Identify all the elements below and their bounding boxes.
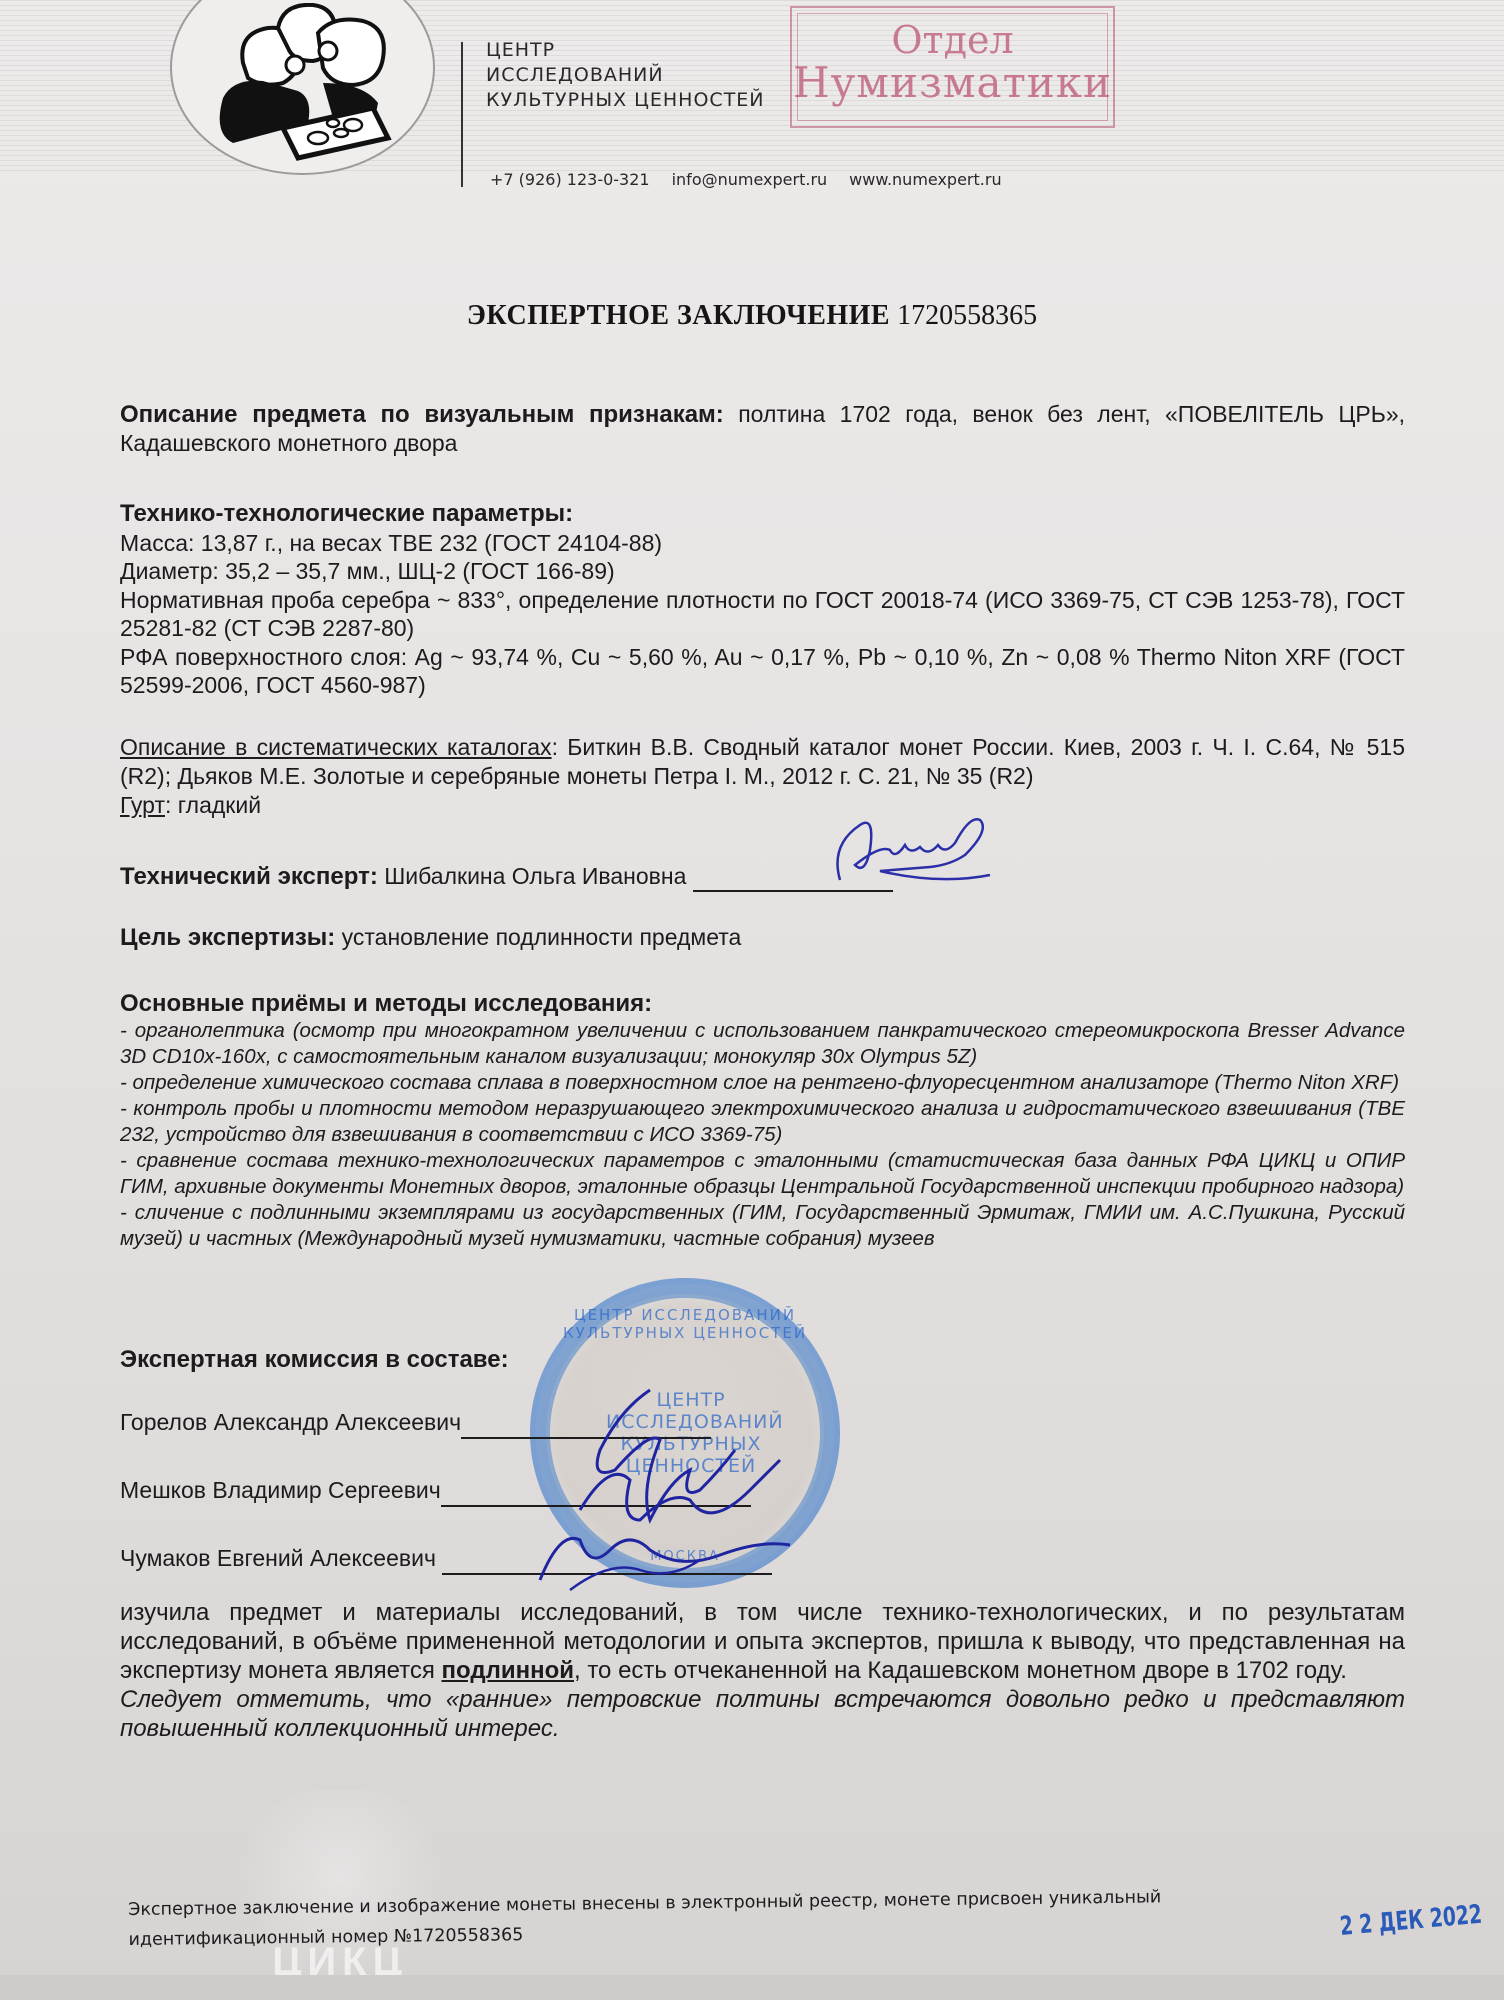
- conclusion-text-end: , то есть отчеканенной на Кадашевском мо…: [574, 1657, 1347, 1684]
- edge-value: : гладкий: [165, 792, 261, 818]
- commission-heading: Экспертная комиссия в составе:: [120, 1345, 1405, 1375]
- technical-heading: Технико-технологические параметры:: [120, 500, 1405, 529]
- method-item: - сравнение состава технико-технологичес…: [120, 1148, 1405, 1200]
- bottom-edge: [0, 1975, 1504, 2000]
- dept-stamp-line1: Отдел: [792, 20, 1113, 60]
- goal-text: установление подлинности предмета: [342, 924, 742, 950]
- commission-section: Экспертная комиссия в составе: Горелов А…: [120, 1345, 1405, 1575]
- phone: +7 (926) 123-0-321: [490, 170, 650, 189]
- expert-name: Шибалкина Ольга Ивановна: [384, 863, 686, 889]
- dept-stamp-line2: Нумизматики: [792, 60, 1113, 106]
- stamp-ring-text: ЦЕНТР ИССЛЕДОВАНИЙ КУЛЬТУРНЫХ ЦЕННОСТЕЙ: [536, 1306, 834, 1342]
- goal-label: Цель экспертизы:: [120, 924, 335, 951]
- conclusion-note: Следует отметить, что «ранние» петровски…: [120, 1685, 1405, 1743]
- xrf-line: РФА поверхностного слоя: Ag ~ 93,74 %, C…: [120, 643, 1405, 700]
- member-name: Горелов Александр Алексеевич: [120, 1409, 461, 1435]
- org-name-line: КУЛЬТУРНЫХ ЦЕННОСТЕЙ: [486, 88, 765, 113]
- logo: [170, 0, 435, 175]
- diameter-line: Диаметр: 35,2 – 35,7 мм., ШЦ-2 (ГОСТ 166…: [120, 557, 1405, 586]
- goal-section: Цель экспертизы: установление подлинност…: [120, 923, 1405, 952]
- document-page: ЦЕНТР ИССЛЕДОВАНИЙ КУЛЬТУРНЫХ ЦЕННОСТЕЙ …: [0, 0, 1504, 2000]
- certificate-number: 1720558365: [897, 300, 1037, 331]
- org-name-line: ЦЕНТР: [486, 38, 765, 63]
- catalogs-section: Описание в систематических каталогах: Би…: [120, 733, 1405, 820]
- methods-section: Основные приёмы и методы исследования: -…: [120, 990, 1405, 1252]
- technical-section: Технико-технологические параметры: Масса…: [120, 500, 1405, 700]
- expert-section: Технический эксперт: Шибалкина Ольга Ива…: [120, 862, 1405, 892]
- page-title: ЭКСПЕРТНОЕ ЗАКЛЮЧЕНИЕ 1720558365: [0, 300, 1504, 332]
- expert-signature-line: [693, 862, 893, 892]
- verdict-authentic: подлинной: [442, 1657, 574, 1684]
- method-item: - определение химического состава сплава…: [120, 1070, 1405, 1096]
- email-link[interactable]: info@numexpert.ru: [672, 170, 828, 189]
- commission-member: Чумаков Евгений Алексеевич: [120, 1543, 1405, 1575]
- header-divider: [461, 42, 463, 187]
- catalogs-label: Описание в систематических каталогах: [120, 734, 552, 760]
- commission-member: Мешков Владимир Сергеевич: [120, 1475, 1405, 1507]
- member-signature-line: [442, 1543, 772, 1575]
- member-name: Чумаков Евгений Алексеевич: [120, 1545, 436, 1571]
- method-item: - сличение с подлинными экземплярами из …: [120, 1200, 1405, 1252]
- member-signature-line: [441, 1475, 751, 1507]
- member-name: Мешков Владимир Сергеевич: [120, 1477, 441, 1503]
- contacts: +7 (926) 123-0-321 info@numexpert.ru www…: [490, 170, 1002, 189]
- numismatists-logo-icon: [203, 3, 403, 163]
- department-stamp: Отдел Нумизматики: [790, 6, 1115, 128]
- organization-name: ЦЕНТР ИССЛЕДОВАНИЙ КУЛЬТУРНЫХ ЦЕННОСТЕЙ: [486, 38, 765, 113]
- title-label: ЭКСПЕРТНОЕ ЗАКЛЮЧЕНИЕ: [467, 300, 890, 331]
- method-item: - контроль пробы и плотности методом нер…: [120, 1096, 1405, 1148]
- method-item: - органолептика (осмотр при многократном…: [120, 1018, 1405, 1070]
- edge-label: Гурт: [120, 792, 165, 818]
- expert-label: Технический эксперт:: [120, 863, 378, 890]
- commission-member: Горелов Александр Алексеевич: [120, 1407, 1405, 1439]
- website-link[interactable]: www.numexpert.ru: [849, 170, 1001, 189]
- member-signature-line: [461, 1407, 711, 1439]
- methods-heading: Основные приёмы и методы исследования:: [120, 990, 1405, 1018]
- mass-line: Масса: 13,87 г., на весах ТВЕ 232 (ГОСТ …: [120, 529, 1405, 558]
- org-name-line: ИССЛЕДОВАНИЙ: [486, 63, 765, 88]
- conclusion-section: изучила предмет и материалы исследований…: [120, 1598, 1405, 1743]
- description-label: Описание предмета по визуальным признака…: [120, 401, 724, 428]
- description-section: Описание предмета по визуальным признака…: [120, 400, 1405, 457]
- fineness-line: Нормативная проба серебра ~ 833°, опреде…: [120, 586, 1405, 643]
